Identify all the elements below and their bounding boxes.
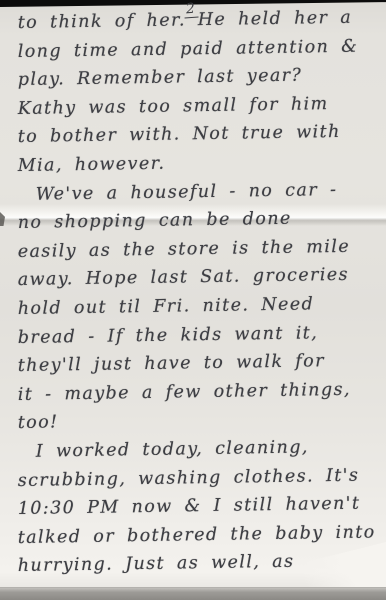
scanner-bottom-edge (0, 587, 386, 600)
scanned-letter-page: 2 to think of her. He held her along tim… (0, 0, 386, 600)
handwriting-line: hurrying. Just as well, as (18, 547, 380, 581)
letter-lines: to think of her. He held her along time … (18, 9, 380, 581)
